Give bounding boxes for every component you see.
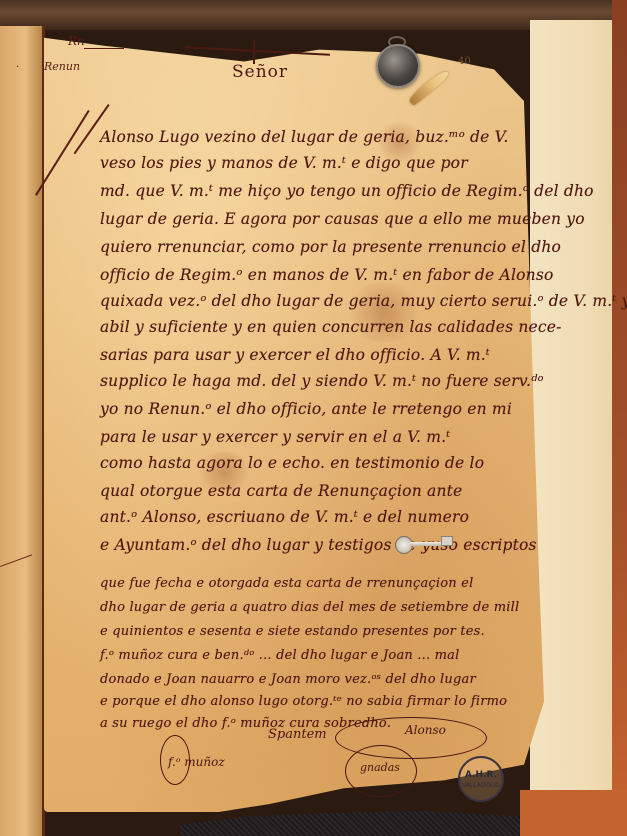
manuscript-line: Alonso Lugo vezino del lugar de geria, b… [100,128,508,146]
margin-note-rule [84,48,124,49]
page-heading: Señor [232,62,288,82]
backdrop-edge [612,0,627,836]
manuscript-line: e Ayuntam.ᵒ del dho lugar y testigos de … [100,536,537,554]
folio-number: 40 [458,56,471,67]
signature-gnadas: gnadas [360,761,400,774]
manuscript-line: quixada vez.ᵒ del dho lugar de geria, mu… [100,292,627,310]
manuscript-line: supplico le haga md. del y siendo V. m.ᵗ… [100,372,544,390]
facing-page-left: · [0,26,45,836]
facing-page-mark: · [16,62,19,73]
archive-stamp: A.H.R. VALLADOLID [458,756,504,802]
signature-alonso: Alonso [405,723,446,737]
signature-area: f.ᵒ muñoz Spantem Alonso gnadas [150,725,510,800]
signature-spantem: Spantem [268,727,327,742]
binding-bottom [180,808,520,836]
archive-stamp-initials: A.H.R. [465,770,497,780]
manuscript-line: md. que V. m.ᵗ me hiço yo tengo un offic… [100,182,594,200]
facing-page-ink-line [0,554,32,567]
signature-munoz: f.ᵒ muñoz [168,755,225,769]
manuscript-line: qual otorgue esta carta de Renunçaçion a… [100,482,462,500]
medallion-coin [376,44,420,88]
manuscript-line: f.ᵒ muñoz cura e ben.ᵈᵒ ... del dho luga… [100,648,459,663]
manuscript-line: lugar de geria. E agora por causas que a… [100,210,585,228]
manuscript-line: sarias para usar y exercer el dho offici… [100,346,490,364]
manuscript-line: dho lugar de geria a quatro dias del mes… [100,600,519,615]
backdrop-bottom [520,790,627,836]
key-icon [395,536,457,552]
manuscript-line: como hasta agora lo e echo. en testimoni… [100,454,484,472]
heading-rule [185,46,330,56]
margin-note-renun: Renun [44,60,80,73]
manuscript-line: e quinientos e sesenta e siete estando p… [100,624,485,639]
margin-note-top: Rn [68,34,85,48]
key-bit [441,536,453,546]
heading-cross-icon [253,40,255,64]
manuscript-line: para le usar y exercer y servir en el a … [100,428,450,446]
manuscript-line: que fue fecha e otorgada esta carta de r… [100,576,473,591]
medallion-icon [376,36,418,84]
manuscript-line: officio de Regim.ᵒ en manos de V. m.ᵗ en… [100,266,554,284]
manuscript-line: veso los pies y manos de V. m.ᵗ e digo q… [100,154,468,172]
archive-stamp-city: VALLADOLID [462,782,500,789]
manuscript-line: e porque el dho alonso lugo otorg.ᵗᵉ no … [100,694,507,709]
manuscript-line: donado e Joan nauarro e Joan moro vez.ᵒˢ… [100,672,476,687]
manuscript-line: quiero rrenunciar, como por la presente … [100,238,561,256]
manuscript-line: yo no Renun.ᵒ el dho officio, ante le rr… [100,400,512,418]
manuscript-line: ant.ᵒ Alonso, escriuano de V. m.ᵗ e del … [100,508,469,526]
manuscript-line: abil y suficiente y en quien concurren l… [100,318,562,336]
